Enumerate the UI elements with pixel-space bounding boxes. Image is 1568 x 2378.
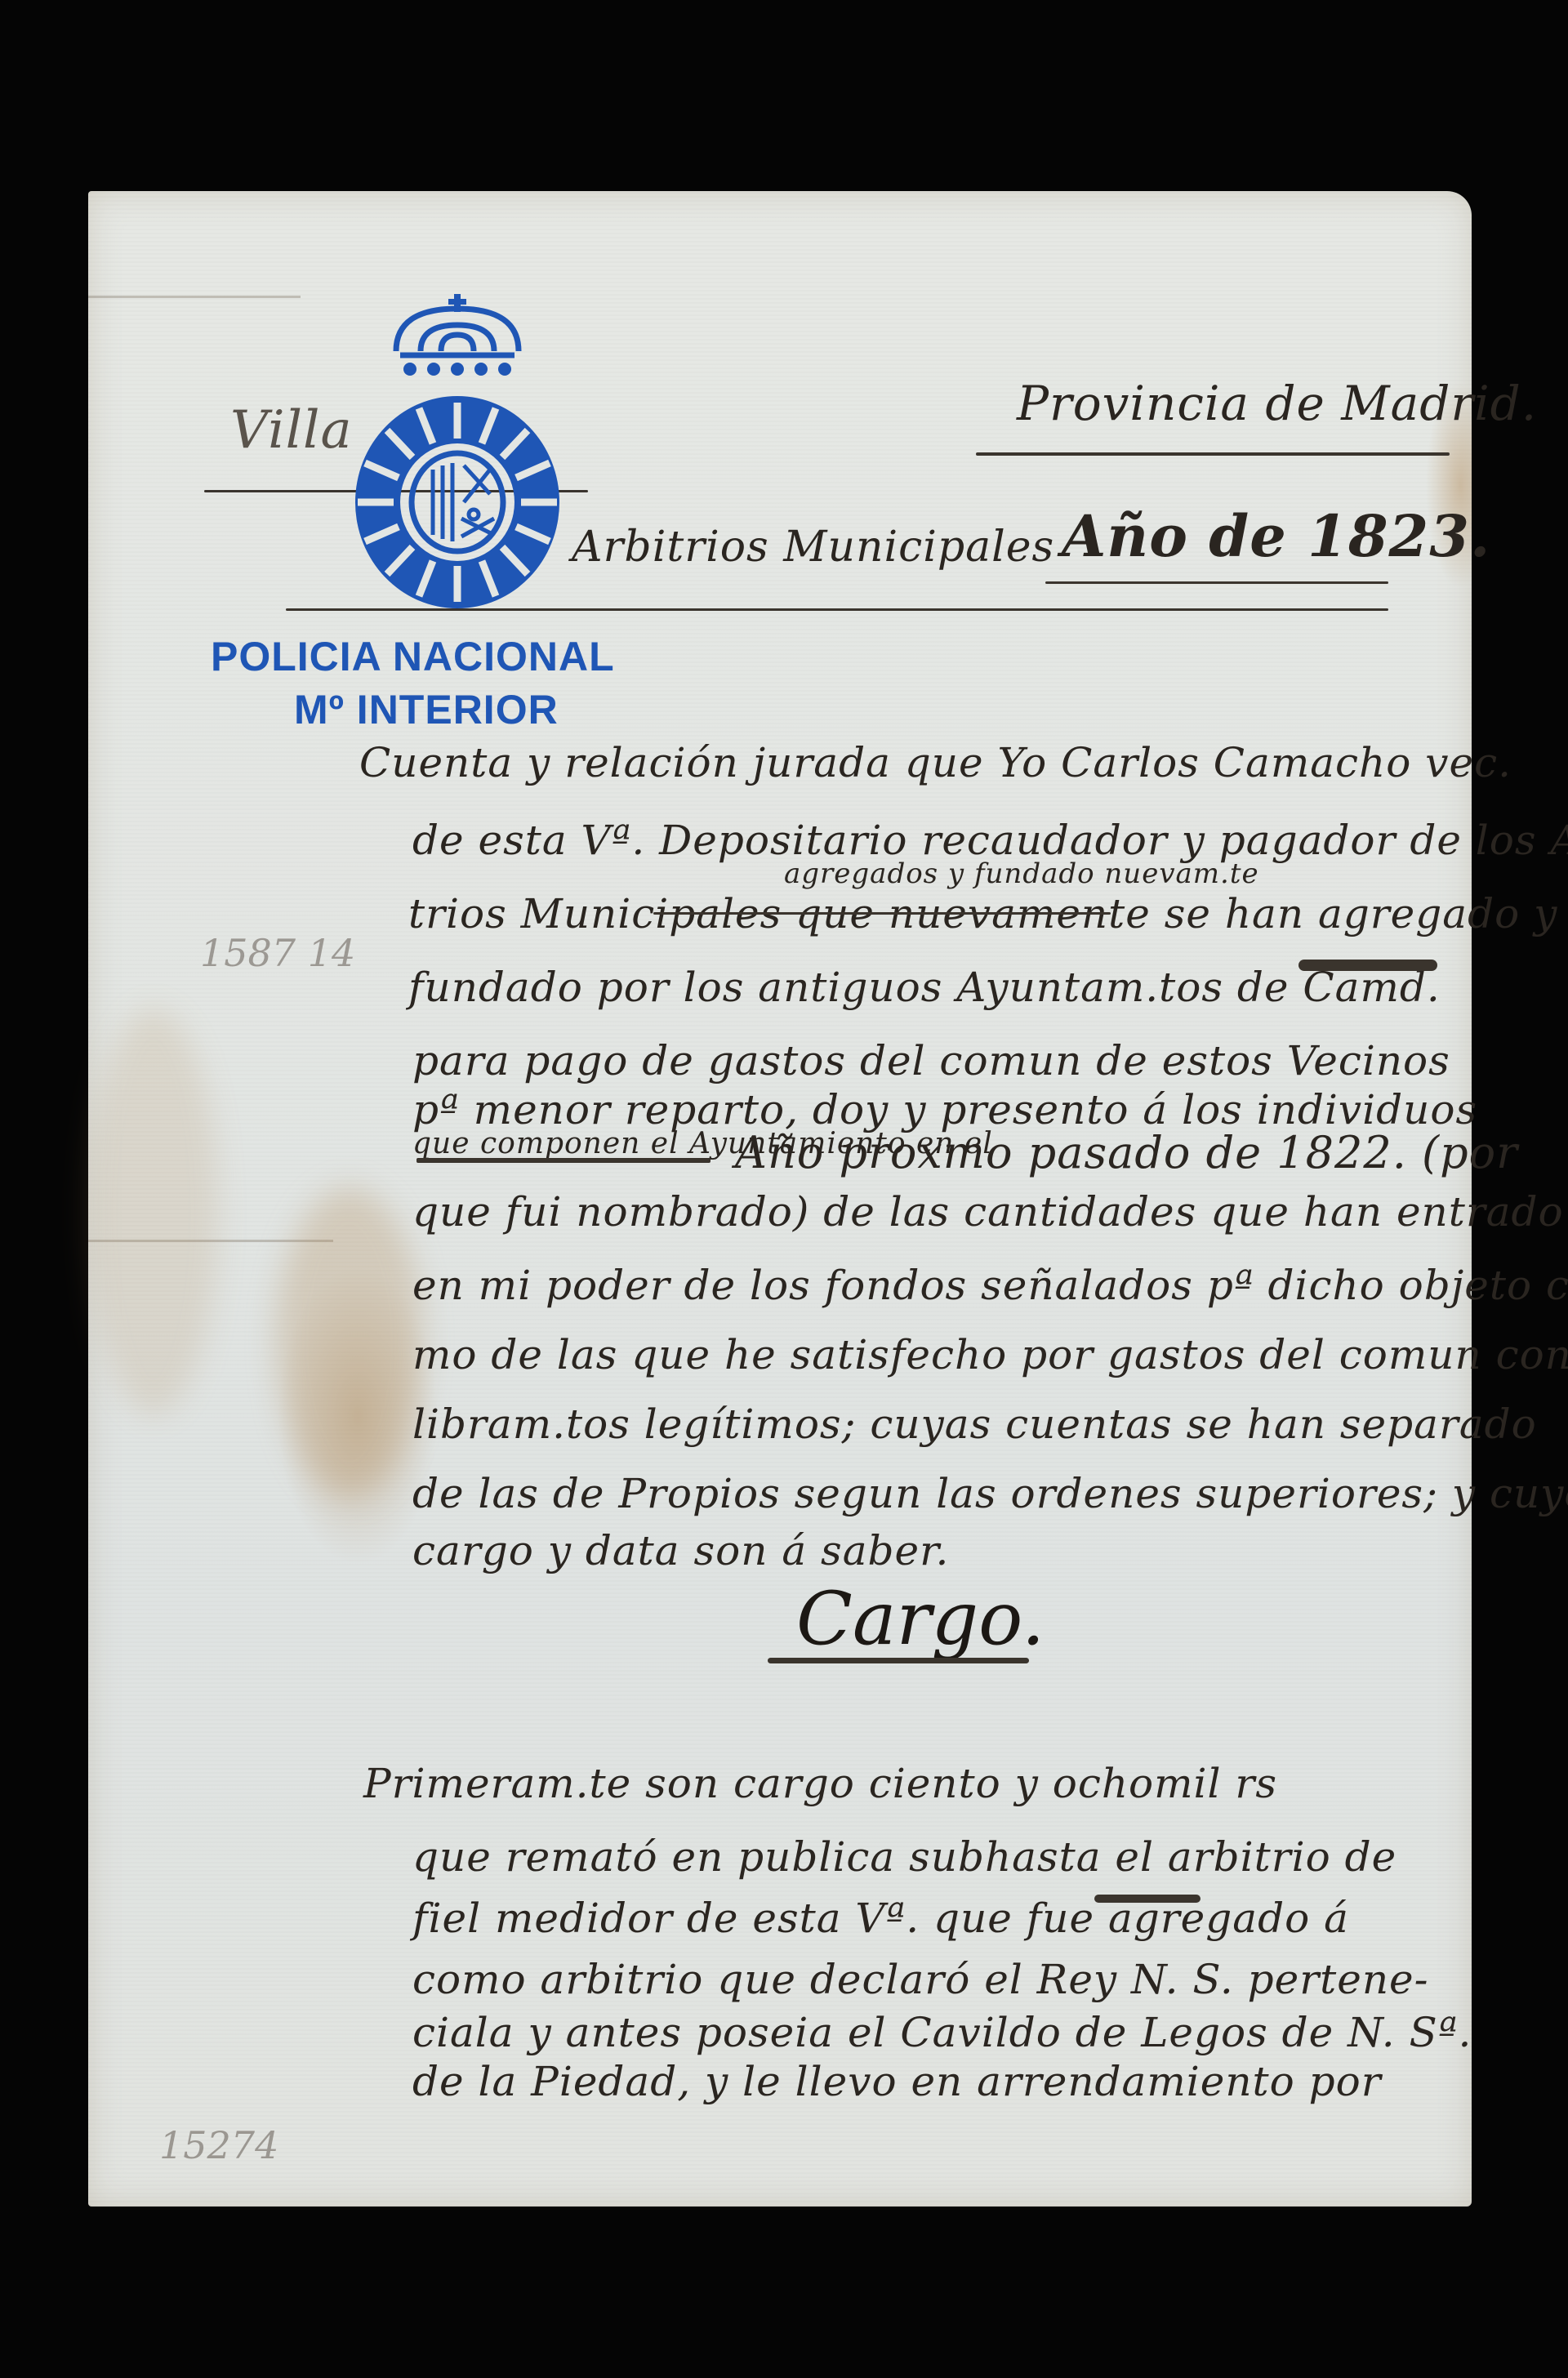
strikethrough: [653, 912, 1111, 915]
body-line: libram.tos legítimos; cuyas cuentas se h…: [412, 1401, 1537, 1448]
cargo-line: fiel medidor de esta Vª. que fue agregad…: [412, 1895, 1349, 1942]
year-rule: [1045, 581, 1388, 584]
cargo-line: como arbitrio que declaró el Rey N. S. p…: [412, 1956, 1429, 2003]
fold-crease: [88, 296, 301, 298]
body-line: fundado por los antiguos Ayuntam.tos de …: [408, 964, 1441, 1011]
water-stain: [276, 1187, 423, 1498]
body-line: en mi poder de los fondos señalados pª d…: [412, 1262, 1568, 1309]
header-province: Provincia de Madrid.: [1017, 376, 1537, 431]
cargo-line: que remató en publica subhasta el arbitr…: [412, 1833, 1396, 1881]
body-line: cargo y data son á saber.: [412, 1527, 949, 1574]
header-year: Año de 1823.: [1062, 502, 1490, 570]
cargo-line: ciala y antes poseia el Cavildo de Legos…: [412, 2009, 1472, 2056]
cargo-line: Primeram.te son cargo ciento y ochomil r…: [363, 1760, 1277, 1807]
body-line: Cuenta y relación jurada que Yo Carlos C…: [359, 739, 1512, 786]
section-heading: Cargo.: [796, 1576, 1045, 1662]
body-line: que fui nombrado) de las cantidades que …: [412, 1188, 1564, 1236]
police-emblem-icon: [335, 294, 580, 621]
cargo-line: de la Piedad, y le llevo en arrendamient…: [412, 2058, 1382, 2105]
body-line: de las de Propios segun las ordenes supe…: [412, 1470, 1568, 1517]
body-line: para pago de gastos del comun de estos V…: [412, 1037, 1450, 1084]
header-subject: Arbitrios Municipales: [572, 523, 1054, 572]
strikethrough: [416, 1158, 710, 1163]
province-rule: [976, 452, 1450, 456]
body-line: Año proxmo pasado de 1822. (por: [735, 1127, 1518, 1178]
heading-flourish: [768, 1658, 1029, 1663]
archive-number: 15274: [159, 2123, 278, 2167]
watermark-line-1: POLICIA NACIONAL: [211, 633, 615, 680]
body-line: mo de las que he satisfecho por gastos d…: [412, 1331, 1568, 1378]
watermark-line-2: Mº INTERIOR: [294, 686, 559, 733]
ink-blot: [1094, 1895, 1200, 1903]
interlinear-note: agregados y fundado nuevam.te: [784, 857, 1259, 890]
margin-note: 1587 14: [200, 931, 355, 975]
ink-blot: [1298, 960, 1437, 971]
water-stain: [88, 1008, 219, 1416]
